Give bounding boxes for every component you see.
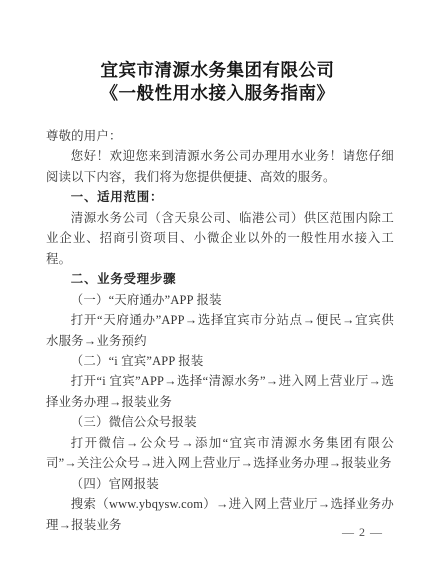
step-3-heading: （三）微信公众号报装 [46,412,394,432]
step-3-body: 打开微信→公众号→添加“宜宾市清源水务集团有限公司”→关注公众号→进入网上营业厅… [46,433,394,474]
document-body: 尊敬的用户： 您好！欢迎您来到清源水务公司办理用水业务！请您仔细阅读以下内容，我… [46,126,394,535]
step-1-body: 打开“天府通办”APP→选择宜宾市分站点→便民→宜宾供水服务→业务预约 [46,310,394,351]
document-title: 宜宾市清源水务集团有限公司 《一般性用水接入服务指南》 [0,59,435,105]
step-2-body: 打开“i 宜宾”APP→选择“清源水务”→进入网上营业厅→选择业务办理→报装业务 [46,371,394,412]
step-4-heading: （四）官网报装 [46,474,394,494]
section-1-body: 清源水务公司（含天泉公司、临港公司）供区范围内除工业企业、招商引资项目、小微企业… [46,208,394,269]
salutation: 尊敬的用户： [46,126,394,146]
step-1-heading: （一）“天府通办”APP 报装 [46,290,394,310]
title-line-1: 宜宾市清源水务集团有限公司 [0,59,435,82]
greeting-paragraph: 您好！欢迎您来到清源水务公司办理用水业务！请您仔细阅读以下内容，我们将为您提供便… [46,146,394,187]
document-page: 宜宾市清源水务集团有限公司 《一般性用水接入服务指南》 尊敬的用户： 您好！欢迎… [0,0,435,580]
section-2-heading: 二、业务受理步骤 [46,269,394,289]
step-2-heading: （二）“i 宜宾”APP 报装 [46,351,394,371]
title-line-2: 《一般性用水接入服务指南》 [0,82,435,105]
section-1-heading: 一、适用范围： [46,187,394,207]
page-number: — 2 — [342,524,383,540]
